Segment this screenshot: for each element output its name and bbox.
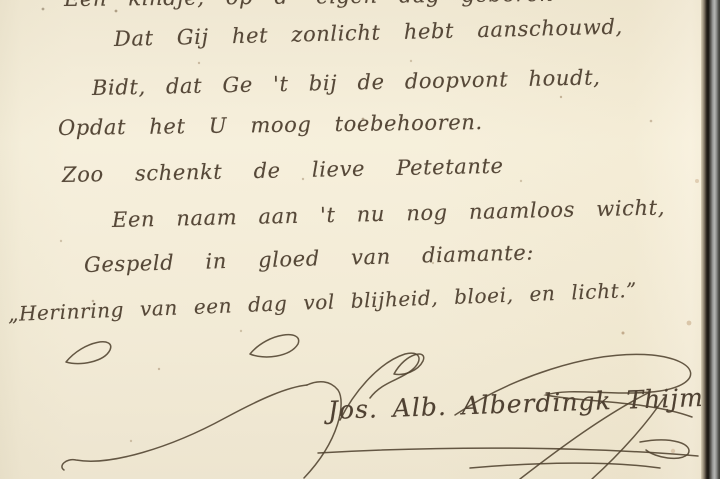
paper-speckles <box>0 0 2 2</box>
poem-line: Dat Gij het zonlicht hebt aanschouwd, <box>114 15 623 51</box>
page-scan-edge <box>701 0 720 479</box>
manuscript-page: Een kindje, op d' eigen dag geboren Dat … <box>0 0 720 479</box>
poem-line: Een kindje, op d' eigen dag geboren <box>64 0 554 11</box>
poem-line: Een naam aan 't nu nog naamloos wicht, <box>112 195 665 232</box>
signature-text: Jos. Alb. Alberdingk Thijm <box>327 383 704 425</box>
poem-line: Gespeld in gloed van diamante: <box>84 240 535 277</box>
poem-line: Opdat het U moog toebehooren. <box>58 110 483 140</box>
poem-line: Bidt, dat Ge 't bij de doopvont houdt, <box>92 65 601 100</box>
poem-line: Zoo schenkt de lieve Petetante <box>62 154 504 187</box>
poem-line: „Herinring van een dag vol blijheid, blo… <box>8 278 638 326</box>
